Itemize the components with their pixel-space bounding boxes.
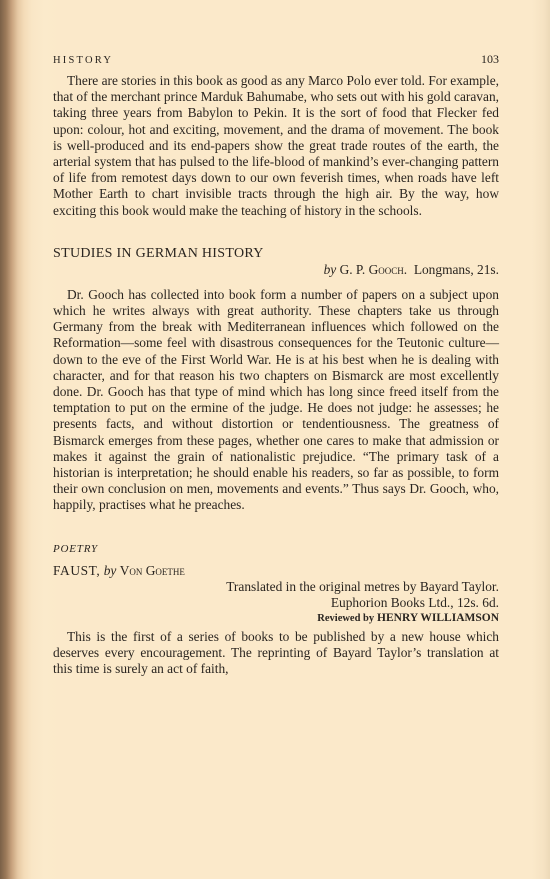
review-byline: by G. P. Gooch. Longmans, 21s. <box>53 262 499 278</box>
review-paragraph: This is the first of a series of books t… <box>53 629 499 678</box>
review-title: STUDIES IN GERMAN HISTORY <box>53 246 499 262</box>
page-content: HISTORY 103 There are stories in this bo… <box>53 52 499 678</box>
reviewer-credit: Reviewed by HENRY WILLIAMSON <box>53 611 499 626</box>
book-author: Von Goethe <box>120 563 185 578</box>
section-category: POETRY <box>53 542 499 556</box>
reviewer-name: HENRY WILLIAMSON <box>377 612 499 624</box>
book-title: FAUST, <box>53 563 100 578</box>
page-number: 103 <box>481 52 499 67</box>
running-head-title: HISTORY <box>53 55 113 66</box>
review-paragraph: Dr. Gooch has collected into book form a… <box>53 287 499 514</box>
book-author: G. P. Gooch. <box>340 262 408 277</box>
review-title: FAUST, by Von Goethe <box>53 563 499 579</box>
review-paragraph: There are stories in this book as good a… <box>53 73 499 219</box>
translation-note: Translated in the original metres by Bay… <box>53 579 499 595</box>
running-head: HISTORY 103 <box>53 52 499 70</box>
byline-by: by <box>104 563 117 578</box>
publisher-price: Euphorion Books Ltd., 12s. 6d. <box>53 595 499 611</box>
byline-by: by <box>324 262 337 277</box>
book-page: HISTORY 103 There are stories in this bo… <box>0 0 550 879</box>
reviewed-by-label: Reviewed by <box>317 613 374 624</box>
publisher-price: Longmans, 21s. <box>414 262 499 277</box>
